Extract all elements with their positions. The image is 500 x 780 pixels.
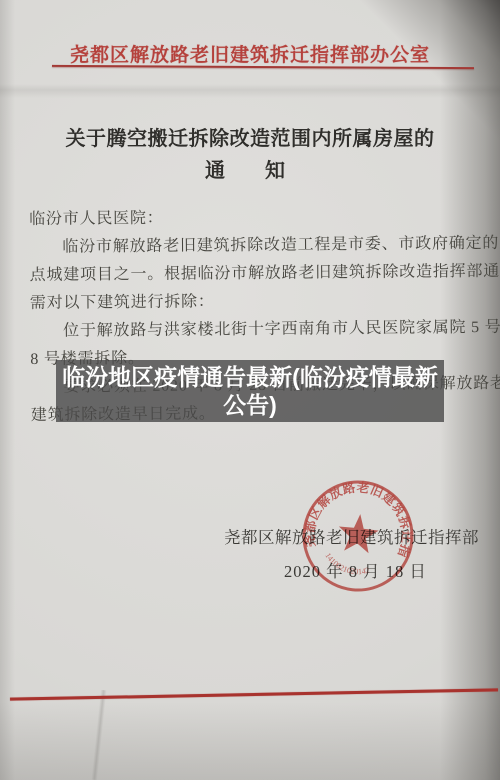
notice-title-line1: 关于腾空搬迁拆除改造范围内所属房屋的: [0, 122, 500, 151]
body-line: 需对以下建筑进行拆除：: [30, 286, 478, 318]
body-line: 位于解放路与洪家楼北街十字西南角市人民医院家属院 5 号、: [30, 314, 478, 346]
caption-line1: 临汾地区疫情通告最新(临汾疫情最新: [62, 363, 438, 391]
official-seal: 尧都区解放路老旧建筑拆迁指挥部 1410021020142: [293, 471, 423, 601]
document-photo: 尧都区解放路老旧建筑拆迁指挥部办公室 关于腾空搬迁拆除改造范围内所属房屋的 通 …: [0, 0, 500, 780]
body-line: 点城建项目之一。根据临汾市解放路老旧建筑拆除改造指挥部通知，: [30, 258, 478, 290]
seal-star-icon: [336, 512, 380, 554]
seal-ring-text: 尧都区解放路老旧建筑拆迁指挥部: [293, 471, 421, 560]
seal-code: 1410021020142: [322, 550, 373, 577]
body-line: 临汾市解放路老旧建筑拆除改造工程是市委、市政府确定的重: [29, 230, 477, 262]
letterhead-office-name: 尧都区解放路老旧建筑拆迁指挥部办公室: [0, 40, 500, 67]
svg-text:尧都区解放路老旧建筑拆迁指挥部: 尧都区解放路老旧建筑拆迁指挥部: [293, 471, 421, 560]
caption-overlay: 临汾地区疫情通告最新(临汾疫情最新 公告): [56, 360, 444, 422]
caption-line2: 公告): [223, 391, 277, 419]
notice-title-line2: 通 知: [0, 154, 500, 183]
footer-rule: [10, 688, 498, 700]
salutation: 临汾市人民医院：: [29, 202, 477, 234]
svg-text:1410021020142: 1410021020142: [322, 550, 373, 577]
paper-crease: [91, 690, 106, 780]
